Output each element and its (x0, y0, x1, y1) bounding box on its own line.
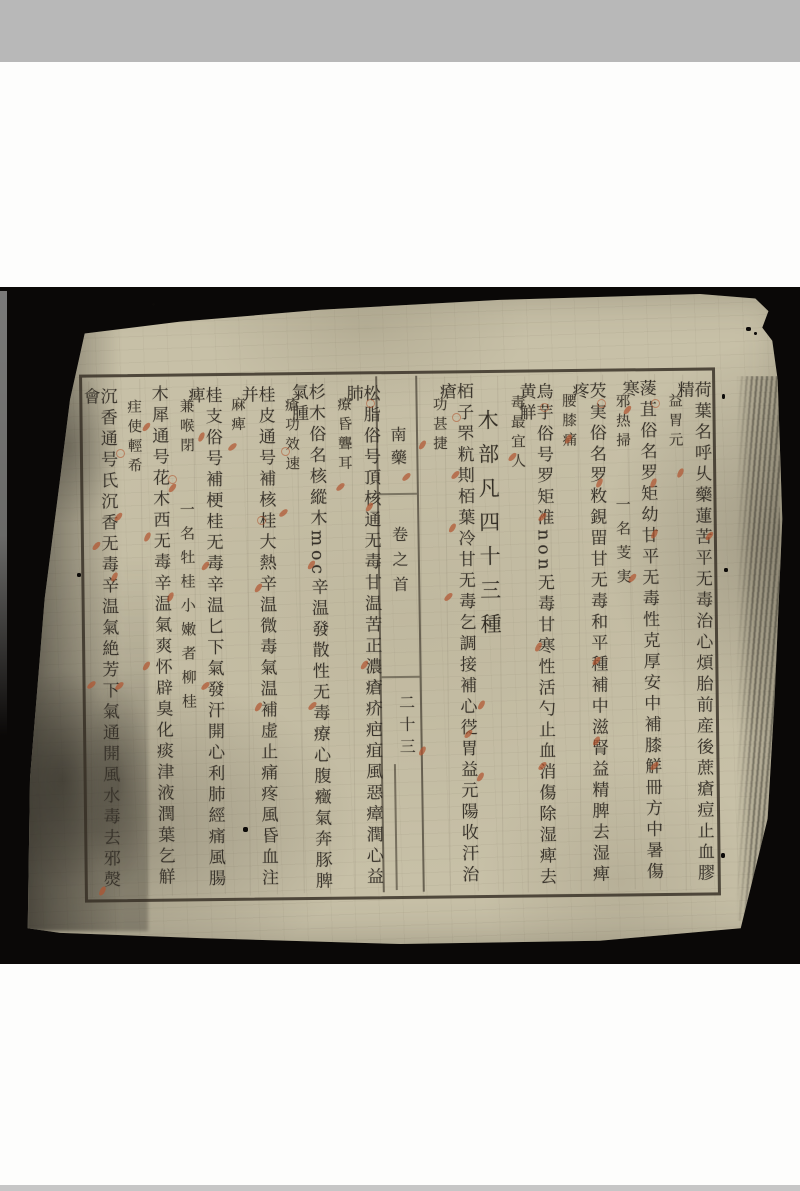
screenshot-root: 荷葉名呼乆藥蓮苦平无毒治心煩胎前産後蔗瘡痘止血膠精 益胃元 蔆苴俗名罗矩幼甘平无… (0, 0, 800, 1191)
centerfold-column: 南藥 卷之首 二十三 (375, 376, 425, 893)
text-frame: 荷葉名呼乆藥蓮苦平无毒治心煩胎前産後蔗瘡痘止血膠精 益胃元 蔆苴俗名罗矩幼甘平无… (79, 367, 721, 902)
entry-column-water-chestnut: 烏芋俗号罗矩准non无毒甘寒性活勺止血消傷除湿痺去黄觧 (524, 376, 554, 892)
entry-column-gorgon-nut: 芡実俗名罗敉鋧㽞甘无毒和平種補中滋腎益精脾去湿痺疼 (577, 376, 607, 892)
entry-column-cassia-twig: 桂支俗号補梗桂无毒辛温匕下氣發汗開心利肺經痛風腸痺 (193, 380, 223, 896)
chapter-title: 卷之首 (390, 526, 407, 601)
entry-column-pine-resin: 松脂俗号頂核通无毒甘温苦正濃瘡疥疤疽風惡瘴潤心益肺 (351, 378, 381, 894)
note-column: 功甚捷 (419, 378, 449, 894)
entry-column-cassia-bark: 桂皮通号補核桂大熱辛温微毒氣温補虚止痛疼風昏血注并 (246, 379, 276, 895)
fold-divider (382, 676, 420, 679)
entry-column-lotus-leaf: 荷葉名呼乆藥蓮苦平无毒治心煩胎前産後蔗瘡痘止血膠精 (682, 375, 712, 891)
adjacent-page-edge (0, 291, 7, 736)
entry-column-agarwood: 沉香通号氏沉香无毒辛温氣絶芳下氣通開風水毒去邪㷫會 (88, 381, 118, 897)
right-edge-streaks (736, 376, 780, 921)
viewer-bottom-bar (0, 1185, 800, 1191)
fold-divider (379, 493, 417, 496)
viewer-top-bar (0, 0, 800, 62)
scratch-mark (136, 288, 271, 350)
text-columns: 荷葉名呼乆藥蓮苦平无毒治心煩胎前産後蔗瘡痘止血膠精 益胃元 蔆苴俗名罗矩幼甘平无… (87, 373, 713, 896)
page-number: 二十三 (398, 694, 415, 760)
fold-center-rule (394, 764, 398, 890)
book-title: 南藥 (389, 426, 406, 472)
